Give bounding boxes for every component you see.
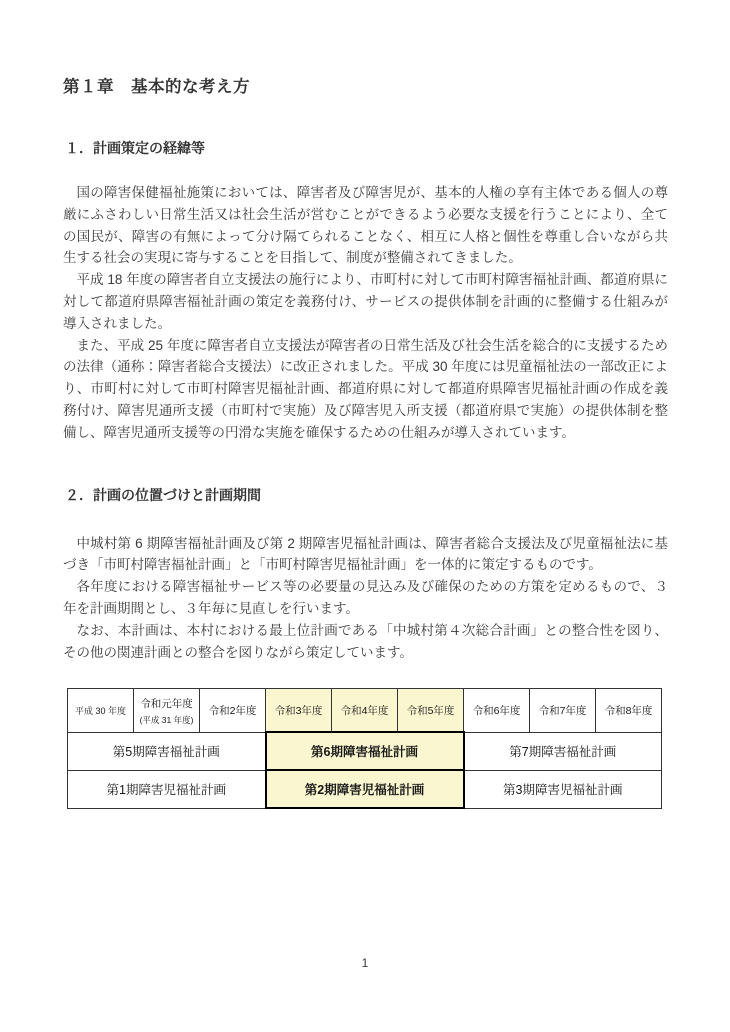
paragraph: 各年度における障害福祉サービス等の必要量の見込み及び確保のための方策を定めるもの… xyxy=(63,576,668,620)
section-heading: １．計画策定の経緯等 xyxy=(65,140,668,156)
year-header-cell: 令和元年度 (平成 31 年度) xyxy=(134,689,200,733)
page-number: 1 xyxy=(0,956,730,970)
year-header-row: 平成 30 年度 令和元年度 (平成 31 年度) 令和2年度 令和3年度 令和… xyxy=(68,689,662,733)
plan-cell-current: 第6期障害福祉計画 xyxy=(266,732,464,770)
year-header-cell-highlighted: 令和5年度 xyxy=(398,689,464,733)
paragraph: また、平成 25 年度に障害者自立支援法が障害者の日常生活及び社会生活を総合的に… xyxy=(63,335,668,444)
paragraph: 平成 18 年度の障害者自立支援法の施行により、市町村に対して市町村障害福祉計画… xyxy=(63,269,668,334)
plan-cell: 第7期障害福祉計画 xyxy=(464,732,662,770)
section-body: 国の障害保健福祉施策においては、障害者及び障害児が、基本的人権の享有主体である個… xyxy=(63,182,668,444)
plan-period-table: 平成 30 年度 令和元年度 (平成 31 年度) 令和2年度 令和3年度 令和… xyxy=(67,688,662,809)
paragraph: なお、本計画は、本村における最上位計画である「中城村第４次総合計画」との整合性を… xyxy=(63,620,668,664)
chapter-title: 第１章 基本的な考え方 xyxy=(63,78,668,97)
document-page: 第１章 基本的な考え方 １．計画策定の経緯等 国の障害保健福祉施策においては、障… xyxy=(0,0,730,1032)
child-welfare-plan-row: 第1期障害児福祉計画 第2期障害児福祉計画 第3期障害児福祉計画 xyxy=(68,770,662,808)
year-header-cell: 令和8年度 xyxy=(596,689,662,733)
section-plan-position-period: ２．計画の位置づけと計画期間 中城村第 6 期障害福祉計画及び第 2 期障害児福… xyxy=(63,487,668,664)
year-header-cell: 平成 30 年度 xyxy=(68,689,134,733)
section-body: 中城村第 6 期障害福祉計画及び第 2 期障害児福祉計画は、障害者総合支援法及び… xyxy=(63,533,668,664)
year-sublabel: (平成 31 年度) xyxy=(134,714,199,726)
year-header-cell: 令和7年度 xyxy=(530,689,596,733)
paragraph: 国の障害保健福祉施策においては、障害者及び障害児が、基本的人権の享有主体である個… xyxy=(63,182,668,269)
section-plan-background: １．計画策定の経緯等 国の障害保健福祉施策においては、障害者及び障害児が、基本的… xyxy=(63,140,668,444)
year-label: 令和元年度 xyxy=(140,698,193,710)
year-header-cell-highlighted: 令和4年度 xyxy=(332,689,398,733)
year-header-cell-highlighted: 令和3年度 xyxy=(266,689,332,733)
plan-cell-current: 第2期障害児福祉計画 xyxy=(266,770,464,808)
year-header-cell: 令和2年度 xyxy=(200,689,266,733)
welfare-plan-row: 第5期障害福祉計画 第6期障害福祉計画 第7期障害福祉計画 xyxy=(68,732,662,770)
section-heading: ２．計画の位置づけと計画期間 xyxy=(65,487,668,503)
year-header-cell: 令和6年度 xyxy=(464,689,530,733)
plan-cell: 第5期障害福祉計画 xyxy=(68,732,266,770)
plan-cell: 第3期障害児福祉計画 xyxy=(464,770,662,808)
plan-cell: 第1期障害児福祉計画 xyxy=(68,770,266,808)
paragraph: 中城村第 6 期障害福祉計画及び第 2 期障害児福祉計画は、障害者総合支援法及び… xyxy=(63,533,668,577)
